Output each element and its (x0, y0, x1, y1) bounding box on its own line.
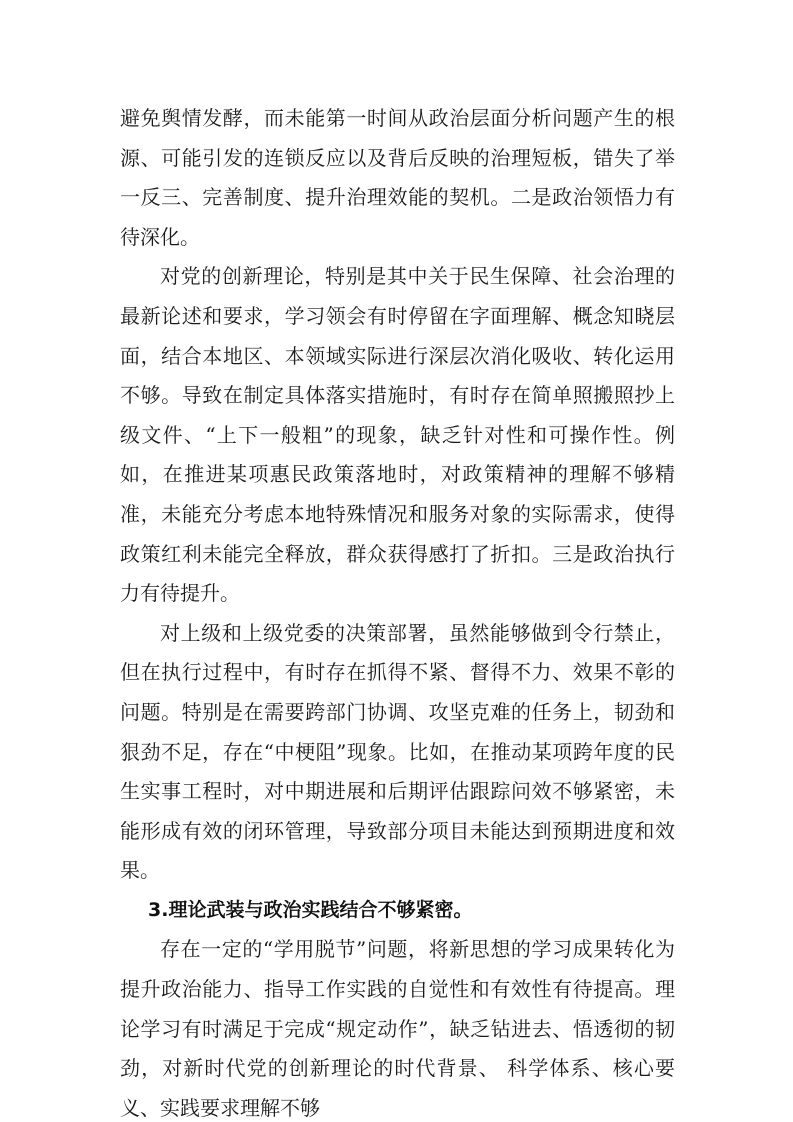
document-page: 避免舆情发酵，而未能第一时间从政治层面分析问题产生的根源、可能引发的连锁反应以及… (0, 0, 793, 1122)
section-heading: 3.理论武装与政治实践结合不够紧密。 (120, 891, 675, 931)
paragraph-political-execution: 对上级和上级党委的决策部署，虽然能够做到令行禁止，但在执行过程中，有时存在抓得不… (120, 614, 675, 891)
paragraph-political-understanding: 对党的创新理论，特别是其中关于民生保障、社会治理的最新论述和要求，学习领会有时停… (120, 257, 675, 613)
paragraph-continuation: 避免舆情发酵，而未能第一时间从政治层面分析问题产生的根源、可能引发的连锁反应以及… (120, 99, 675, 257)
document-body: 避免舆情发酵，而未能第一时间从政治层面分析问题产生的根源、可能引发的连锁反应以及… (120, 99, 675, 1122)
paragraph-theory-practice: 存在一定的“学用脱节”问题，将新思想的学习成果转化为提升政治能力、指导工作实践的… (120, 930, 675, 1122)
